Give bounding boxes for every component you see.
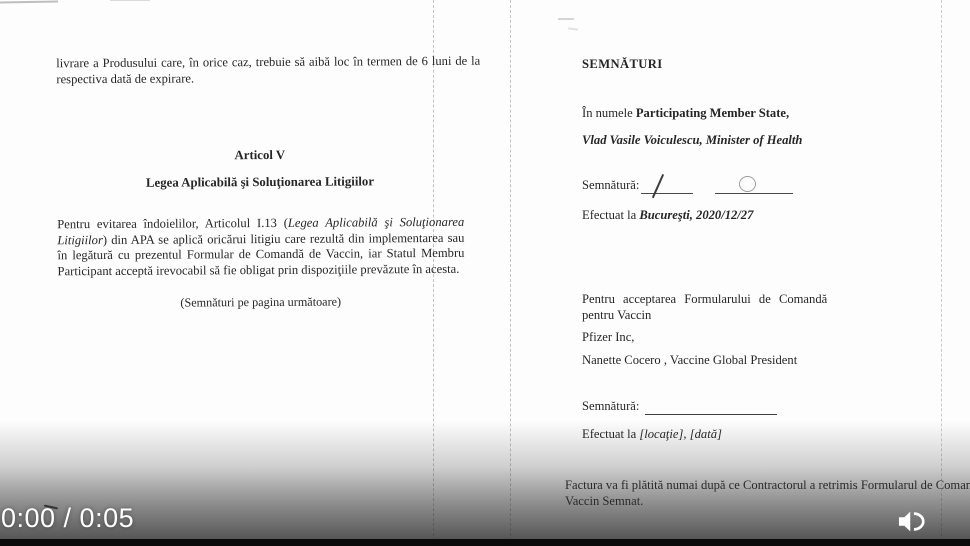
article-subheading: Legea Aplicabilă şi Soluţionarea Litigii… [57,174,463,192]
signature-circle-mark-icon [739,176,756,192]
document-left-page: livrare a Produsului care, în orice caz,… [56,54,482,312]
on-behalf-line: În numele Participating Member State, [582,106,789,122]
body-text-post: ) din APA se aplică oricărui litigiu car… [57,230,464,278]
player-bottom-bar [0,539,970,546]
company-signatory: Nanette Cocero , Vaccine Global Presiden… [582,353,797,369]
video-frame: livrare a Produsului care, în orice caz,… [0,0,970,546]
signature-row-2: Semnătură: [582,399,777,415]
executed-place-date: Bucureşti, 2020/12/27 [639,208,753,222]
signature-label: Semnătură: [582,399,639,415]
intro-paragraph: livrare a Produsului care, în orice caz,… [56,54,480,88]
invoice-note-line: Factura va fi plătită numai după ce Cont… [565,478,970,494]
company-name: Pfizer Inc, [582,330,634,346]
signature-label: Semnătură: [582,178,639,194]
executed-prefix: Efectuat la [582,427,639,441]
signature-line [645,414,777,415]
acceptance-line: pentru Vaccin [582,308,827,324]
volume-button[interactable] [893,506,927,536]
executed-line-1: Efectuat la Bucureşti, 2020/12/27 [582,208,753,224]
signature-stroke-icon [652,173,664,197]
signature-line [715,193,793,194]
signatures-note: (Semnături pe pagina următoare) [58,294,464,312]
player-time-display: 0:00 / 0:05 [1,503,134,534]
article-heading: Articol V [57,147,463,165]
signatures-heading: SEMNĂTURI [582,57,663,73]
signature-row-1: Semnătură: [582,178,793,194]
executed-place-date-placeholder: [locaţie], [dată] [639,427,722,441]
acceptance-paragraph: Pentru acceptarea Formularului de Comand… [582,292,827,323]
signature-line [641,193,693,194]
executed-prefix: Efectuat la [582,208,639,222]
scan-page-edge-line [941,0,942,546]
scan-artifact-mark [110,0,150,1]
body-text-pre: Pentru evitarea îndoielilor, Articolul I… [57,216,288,231]
signatory-name: Vlad Vasile Voiculescu, Minister of Heal… [582,133,802,149]
scan-artifact-mark [568,27,578,30]
on-behalf-party: Participating Member State, [636,106,789,120]
body-paragraph: Pentru evitarea îndoielilor, Articolul I… [57,215,464,280]
scan-artifact-mark [0,0,58,3]
invoice-note: Factura va fi plătită numai după ce Cont… [565,478,970,509]
scan-fold-line-center [510,0,511,546]
on-behalf-prefix: În numele [582,106,636,120]
executed-line-2: Efectuat la [locaţie], [dată] [582,427,722,443]
speaker-icon [895,508,925,535]
scan-artifact-mark [558,18,574,20]
acceptance-line: Pentru acceptarea Formularului de Comand… [582,292,827,308]
